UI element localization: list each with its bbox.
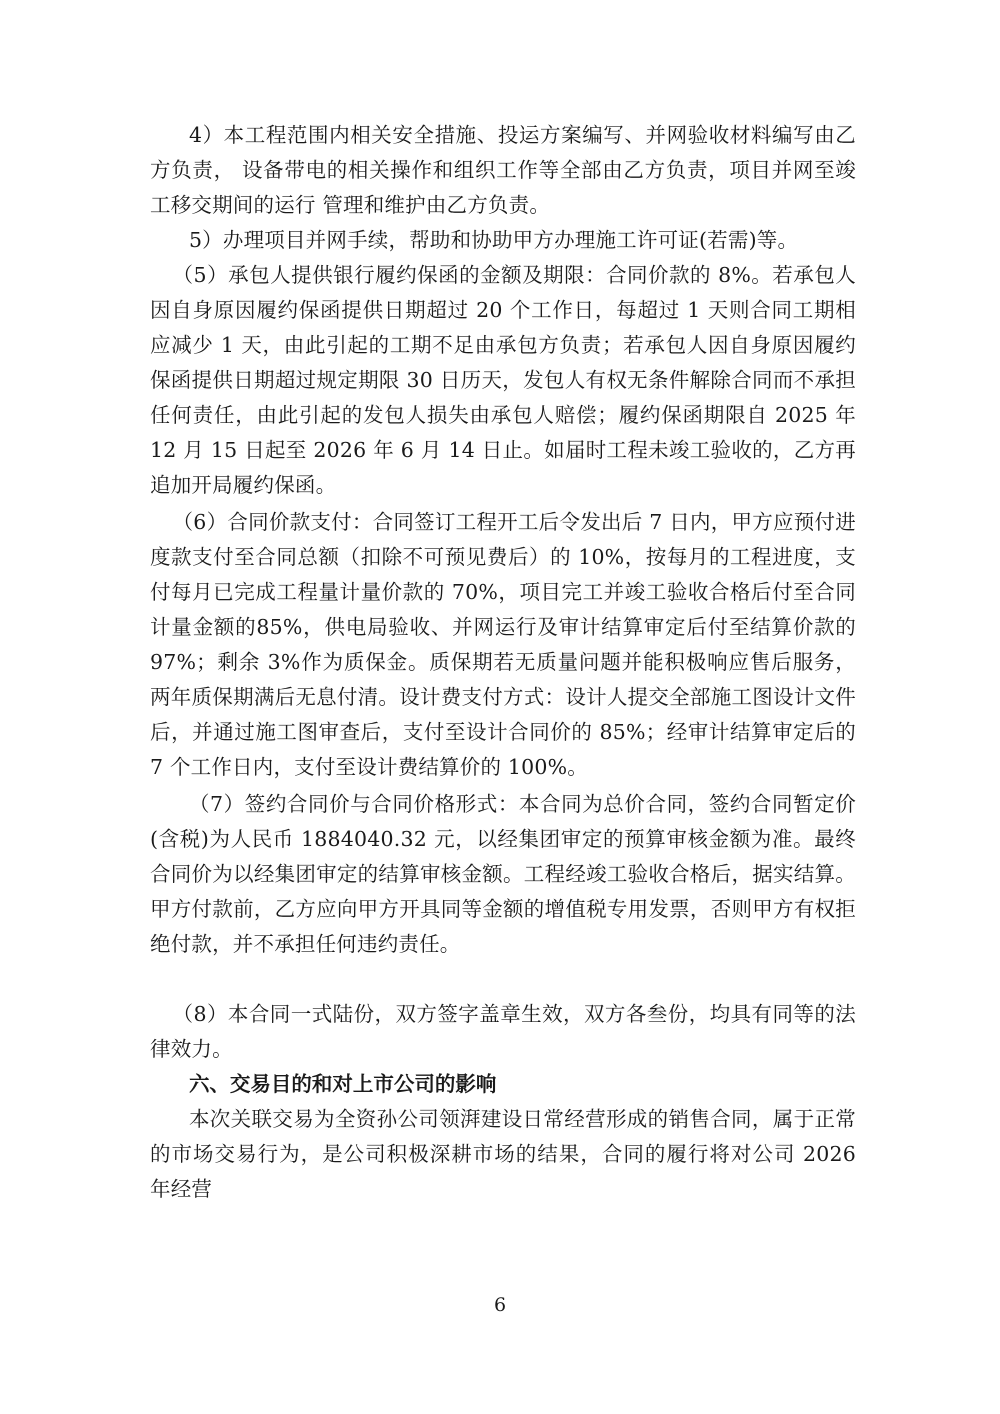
paragraph-clause-5: （5）承包人提供银行履约保函的金额及期限：合同价款的 8%。若承包人因自身原因履… (150, 258, 856, 503)
page-number: 6 (0, 1293, 1000, 1317)
paragraph-item-4: 4）本工程范围内相关安全措施、投运方案编写、并网验收材料编写由乙方负责， 设备带… (150, 118, 856, 223)
section-body: 本次关联交易为全资孙公司领湃建设日常经营形成的销售合同，属于正常的市场交易行为，… (150, 1102, 856, 1207)
document-page: 4）本工程范围内相关安全措施、投运方案编写、并网验收材料编写由乙方负责， 设备带… (150, 118, 856, 1207)
paragraph-clause-8: （8）本合同一式陆份，双方签字盖章生效，双方各叁份，均具有同等的法律效力。 (150, 997, 856, 1067)
section-heading: 六、交易目的和对上市公司的影响 (150, 1067, 856, 1102)
paragraph-clause-7: （7）签约合同价与合同价格形式：本合同为总价合同，签约合同暂定价(含税)为人民币… (150, 787, 856, 962)
paragraph-item-5: 5）办理项目并网手续，帮助和协助甲方办理施工许可证(若需)等。 (150, 223, 856, 258)
paragraph-clause-6: （6）合同价款支付：合同签订工程开工后令发出后 7 日内，甲方应预付进度款支付至… (150, 505, 856, 785)
